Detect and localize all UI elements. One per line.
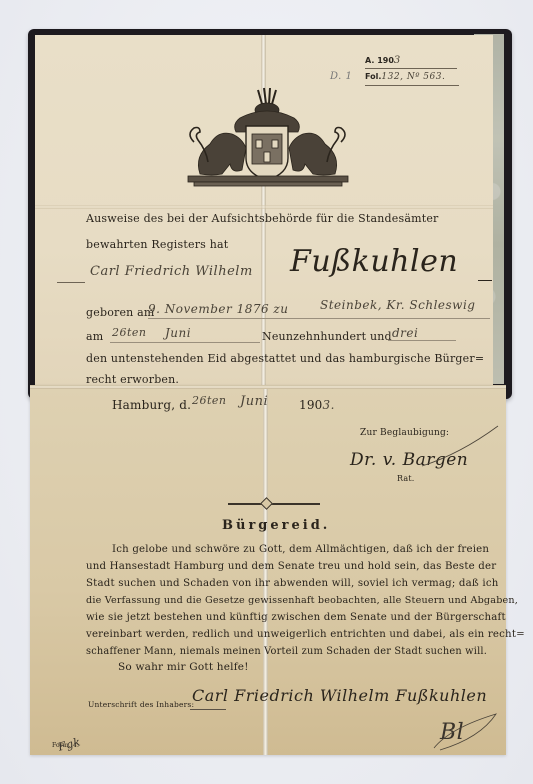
register-margin-note: D. 1 (330, 71, 352, 82)
oath-line-1: Ich gelobe und schwöre zu Gott, dem Allm… (112, 541, 489, 559)
oath-line-4: die Verfassung und die Gesetze gewissenh… (86, 592, 518, 610)
certification-title: Rat. (397, 474, 415, 483)
header-line-1: Ausweise des bei der Aufsichtsbehörde fü… (86, 212, 439, 225)
name-rule-left (57, 282, 85, 283)
horizontal-fold-lower (30, 385, 506, 389)
oath-closing: So wahr mir Gott helfe! (118, 661, 249, 673)
birth-prefix: geboren am (86, 306, 155, 319)
oath-line-3: Stadt suchen und Schaden von ihr abwende… (86, 575, 499, 593)
name-rule-right (478, 280, 492, 281)
oath-line-5: wie sie jetzt bestehen und künftig zwisc… (86, 609, 506, 627)
birth-place-handwritten: Steinbek, Kr. Schleswig (320, 298, 475, 312)
holder-signature: Carl Friedrich Wilhelm Fußkuhlen (192, 686, 487, 705)
oath-title: Bürgereid. (222, 518, 330, 533)
closing-line-1: den untenstehenden Eid abgestattet und d… (86, 352, 484, 365)
oath-year-rule (388, 340, 456, 341)
place-month-handwritten: Juni (240, 394, 268, 409)
horizontal-fold-upper (35, 205, 493, 209)
place-date-prefix: Hamburg, d. (112, 398, 191, 412)
oath-day-handwritten: 26ten (112, 326, 147, 339)
register-year-label: A. 1903 (365, 55, 401, 66)
oath-date-rule (110, 342, 260, 343)
holder-surname: Fußkuhlen (290, 244, 458, 279)
place-date-year: 1903. (299, 398, 335, 412)
oath-line-2: und Hansestadt Hamburg und dem Senate tr… (86, 558, 496, 576)
oath-date-prefix: am (86, 330, 103, 343)
register-year-rule (365, 68, 457, 69)
signature-flourish-icon (420, 424, 500, 468)
hamburg-coat-of-arms-icon (180, 84, 355, 192)
oath-line-6: vereinbart werden, redlich und unweigerl… (86, 626, 525, 644)
initials-flourish-icon (430, 708, 500, 752)
birth-date-handwritten: 9. November 1876 zu (148, 302, 289, 316)
holder-signature-underline (190, 709, 226, 710)
holder-given-names: Carl Friedrich Wilhelm (90, 264, 253, 279)
holder-signature-label: Unterschrift des Inhabers: (88, 700, 194, 709)
register-folio-label: Fol.132, Nº 563. (365, 72, 445, 82)
oath-printed-year: Neunzehnhundert und (262, 330, 392, 343)
register-folio-rule (365, 85, 459, 86)
oath-month-handwritten: Juni (165, 326, 191, 340)
oath-line-7: schaffener Mann, niemals meinen Vorteil … (86, 643, 487, 661)
place-day-handwritten: 26ten (192, 394, 227, 407)
header-line-2: bewahrten Registers hat (86, 238, 228, 251)
birth-rule (148, 318, 490, 319)
ornamental-rule (228, 503, 320, 505)
oath-year-handwritten: drei (392, 326, 418, 340)
